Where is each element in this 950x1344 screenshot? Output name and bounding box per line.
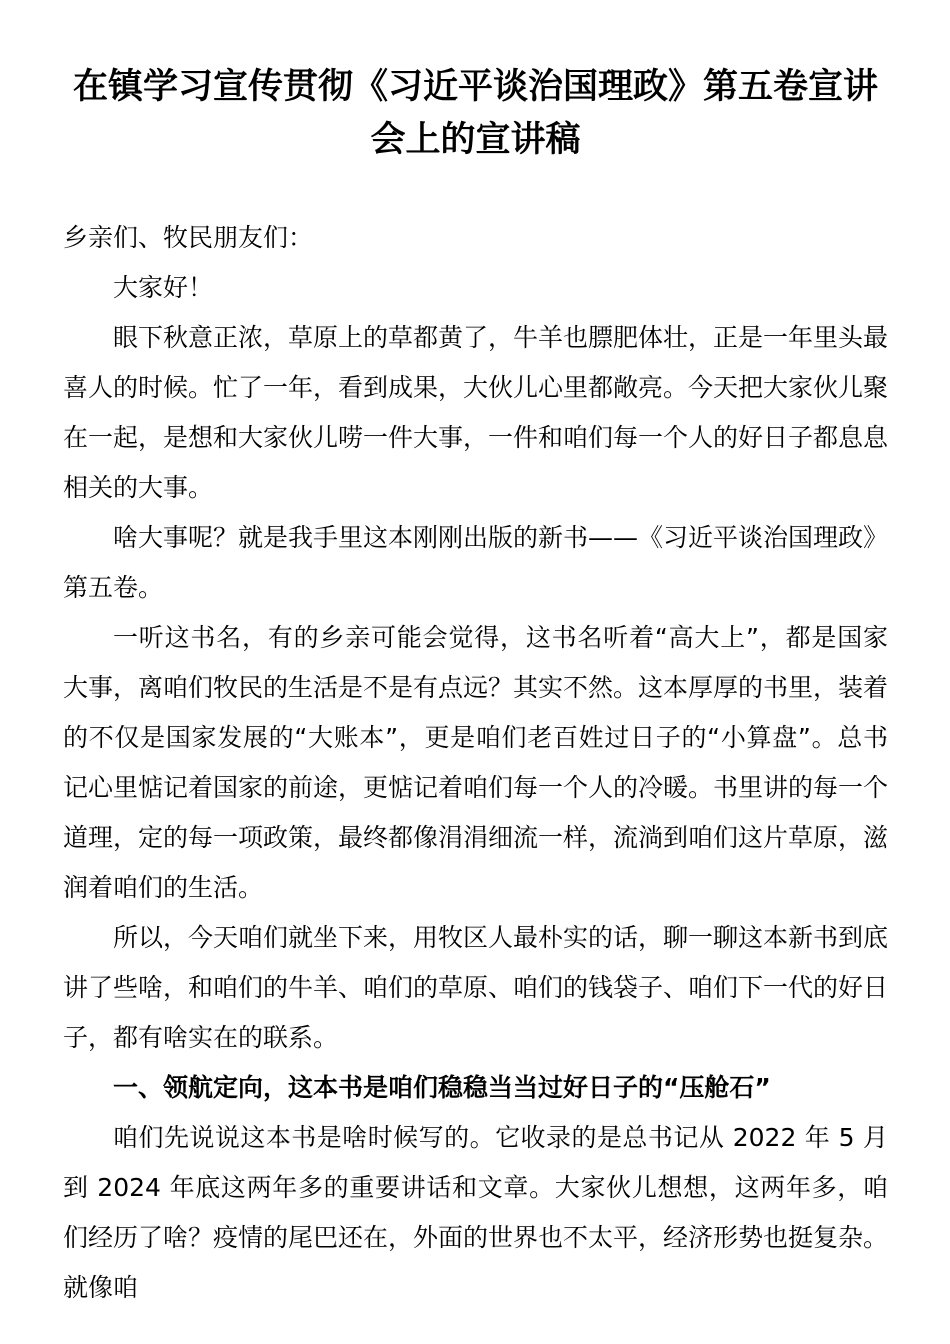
- salutation-line: 乡亲们、牧民朋友们：: [63, 213, 888, 263]
- document-body: 乡亲们、牧民朋友们： 大家好！ 眼下秋意正浓，草原上的草都黄了，牛羊也膘肥体壮，…: [63, 213, 888, 1313]
- paragraph-autumn-opening: 眼下秋意正浓，草原上的草都黄了，牛羊也膘肥体壮，正是一年里头最喜人的时候。忙了一…: [63, 313, 888, 513]
- paragraph-book-timeline: 咱们先说说这本书是啥时候写的。它收录的是总书记从 2022 年 5 月到 202…: [63, 1113, 888, 1313]
- document-title: 在镇学习宣传贯彻《习近平谈治国理政》第五卷宣讲会上的宣讲稿: [63, 61, 888, 167]
- document-page: 在镇学习宣传贯彻《习近平谈治国理政》第五卷宣讲会上的宣讲稿 乡亲们、牧民朋友们：…: [0, 0, 950, 1344]
- paragraph-talk-purpose: 所以，今天咱们就坐下来，用牧区人最朴实的话，聊一聊这本新书到底讲了些啥，和咱们的…: [63, 913, 888, 1063]
- paragraph-new-book-intro: 啥大事呢？就是我手里这本刚刚出版的新书——《习近平谈治国理政》第五卷。: [63, 513, 888, 613]
- section-heading-1: 一、领航定向，这本书是咱们稳稳当当过好日子的“压舱石”: [63, 1063, 888, 1113]
- paragraph-greeting: 大家好！: [63, 263, 888, 313]
- paragraph-book-relevance: 一听这书名，有的乡亲可能会觉得，这书名听着“高大上”，都是国家大事，离咱们牧民的…: [63, 613, 888, 913]
